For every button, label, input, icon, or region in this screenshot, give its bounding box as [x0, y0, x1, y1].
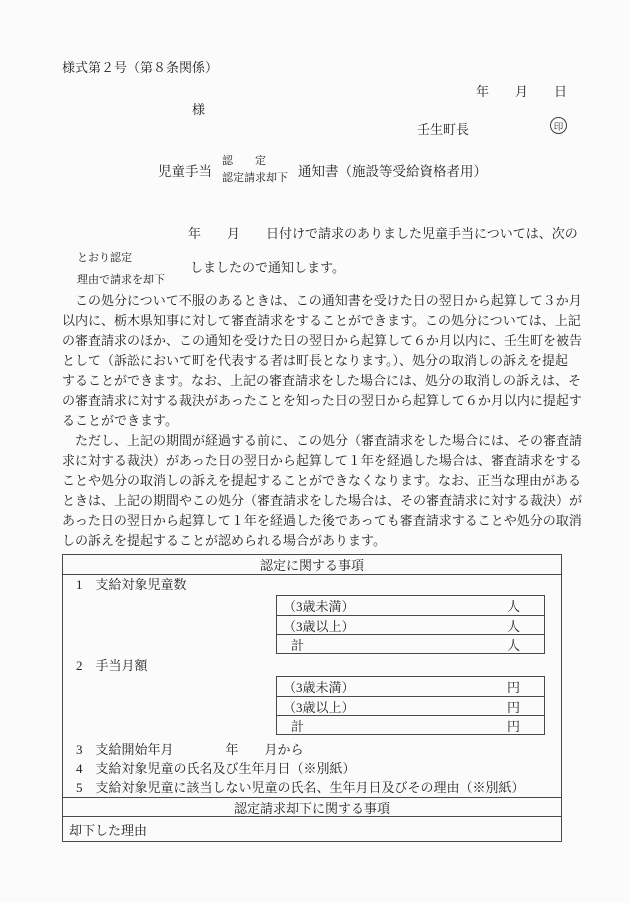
form-number: 様式第２号（第８条関係）: [62, 57, 218, 76]
item-ineligible-children: 5 支給対象児童に該当しない児童の氏名、生年月日及びその理由（※別紙）: [63, 778, 561, 797]
row-unit: 円: [507, 697, 544, 716]
row-unit: 円: [507, 716, 544, 735]
child-count-table: （3歳未満） 人 （3歳以上） 人 計 人: [276, 595, 545, 654]
section-header-approval: 認定に関する事項: [63, 555, 561, 575]
row-unit: 人: [507, 635, 544, 654]
title-option-stack: 認 定 認定請求却下: [222, 153, 288, 187]
appeal-instructions: この処分について不服のあるときは、この通知書を受けた日の翌日から起算して３か月 …: [62, 291, 584, 551]
intro-option-rejection: 理由で請求を却下: [77, 269, 165, 291]
seal-icon: 印: [550, 117, 567, 134]
item-eligible-children: 4 支給対象児童の氏名及び生年月日（※別紙）: [63, 759, 561, 778]
monthly-amount-table: （3歳未満） 円 （3歳以上） 円 計 円: [276, 676, 545, 735]
rejection-reason-label: 却下した理由: [69, 823, 147, 838]
item-monthly-amount: 2 手当月額: [63, 658, 561, 674]
row-label-under3: （3歳未満）: [277, 677, 355, 696]
row-unit: 人: [507, 616, 544, 635]
rejection-reason-row: 却下した理由: [63, 817, 561, 841]
item-child-count: 1 支給対象児童数: [63, 577, 561, 593]
table-row: （3歳未満） 人: [277, 596, 544, 615]
intro-option-approval: とおり認定: [77, 247, 165, 269]
paragraph-appeal-rights: この処分について不服のあるときは、この通知書を受けた日の翌日から起算して３か月 …: [62, 291, 584, 431]
decision-table: 認定に関する事項 1 支給対象児童数 （3歳未満） 人 （3歳以上） 人 計 人…: [62, 554, 562, 842]
row-label-total: 計: [277, 635, 304, 654]
section-header-rejection-label: 認定請求却下に関する事項: [234, 798, 390, 817]
row-label-over3: （3歳以上）: [277, 697, 355, 716]
approval-details-cell: 1 支給対象児童数 （3歳未満） 人 （3歳以上） 人 計 人 2 手当月額: [63, 575, 561, 797]
document-title: 児童手当 認 定 認定請求却下 通知書（施設等受給資格者用）: [158, 151, 487, 189]
row-label-under3: （3歳未満）: [277, 596, 355, 615]
row-label-over3: （3歳以上）: [277, 616, 355, 635]
title-suffix: 通知書（施設等受給資格者用）: [298, 160, 487, 180]
paragraph-appeal-deadline: ただし、上記の期間が経過する前に、この処分（審査請求をした場合には、その審査請 …: [62, 431, 584, 551]
addressee-suffix: 様: [192, 99, 205, 118]
section-header-rejection: 認定請求却下に関する事項: [63, 797, 561, 817]
title-option-approval: 認 定: [222, 153, 288, 170]
table-row: （3歳以上） 円: [277, 696, 544, 715]
table-row: 計 円: [277, 715, 544, 734]
item-payment-start: 3 支給開始年月 年 月から: [63, 740, 561, 759]
title-option-rejection: 認定請求却下: [222, 170, 288, 187]
notify-line: しましたので通知します。: [190, 257, 345, 276]
document-page: 様式第２号（第８条関係） 年 月 日 様 壬生町長 印 児童手当 認 定 認定請…: [0, 0, 630, 903]
table-row: （3歳未満） 円: [277, 677, 544, 696]
table-row: 計 人: [277, 634, 544, 653]
mayor-name: 壬生町長: [417, 119, 469, 138]
table-row: （3歳以上） 人: [277, 615, 544, 634]
title-prefix: 児童手当: [158, 160, 212, 180]
row-unit: 円: [507, 677, 544, 696]
date-line: 年 月 日: [476, 81, 567, 100]
row-label-total: 計: [277, 716, 304, 735]
request-date-line: 年 月 日付けで請求のありました児童手当については、次の: [188, 223, 578, 242]
row-unit: 人: [507, 596, 544, 615]
intro-option-stack: とおり認定 理由で請求を却下: [77, 247, 165, 291]
section-header-approval-label: 認定に関する事項: [260, 555, 364, 574]
